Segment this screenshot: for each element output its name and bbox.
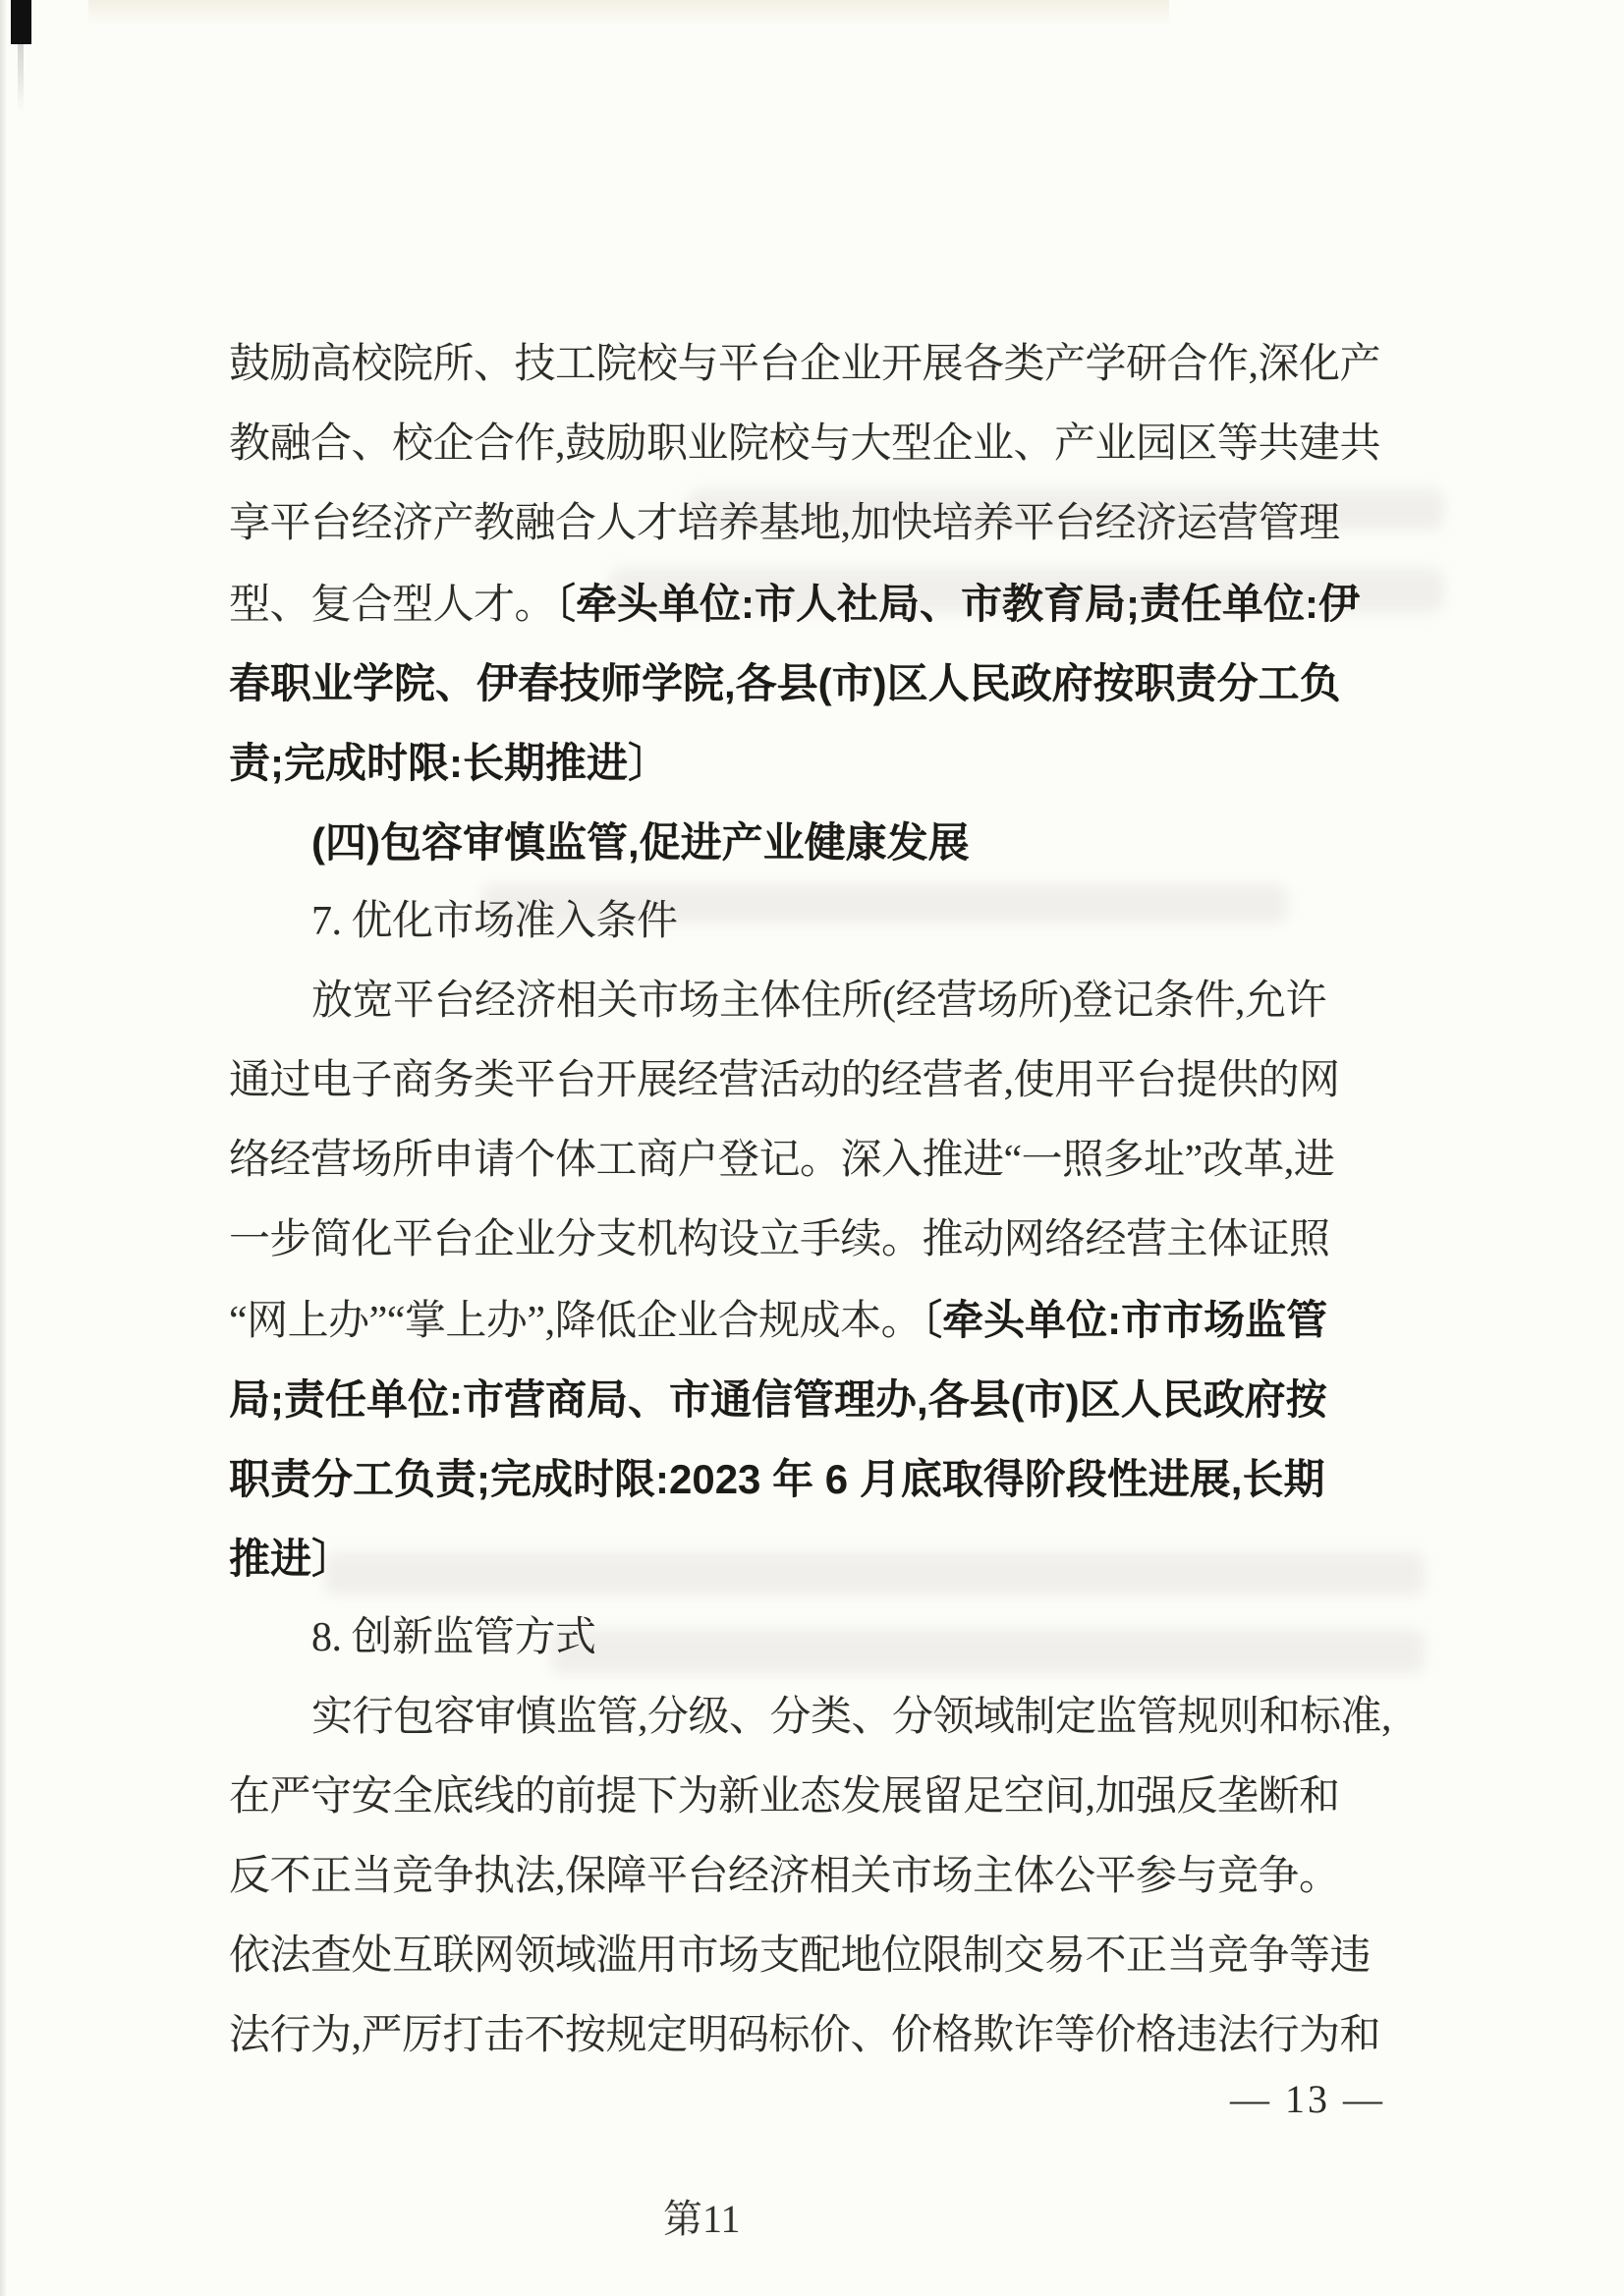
text-run: 实行包容审慎监管,分级、分类、分领域制定监管规则和标准,	[311, 1695, 1391, 1740]
text-run: 通过电子商务类平台开展经营活动的经营者,使用平台提供的网	[229, 1058, 1340, 1103]
text-line: 局;责任单位:市营商局、市通信管理办,各县(市)区人民政府按	[229, 1360, 1418, 1439]
text-run: 络经营场所申请个体工商户登记。深入推进“一照多址”改革,进	[229, 1138, 1334, 1183]
text-run: 教融合、校企合作,鼓励职业院校与大型企业、产业园区等共建共	[229, 421, 1380, 467]
text-run: “网上办”“掌上办”,降低企业合规成本。	[229, 1299, 922, 1344]
text-line: 责;完成时限:长期推进〕	[229, 723, 1418, 803]
text-line: 在严守安全底线的前提下为新业态发展留足空间,加强反垄断和	[229, 1758, 1418, 1837]
left-edge-shadow	[0, 0, 7, 2296]
text-line: 教融合、校企合作,鼓励职业院校与大型企业、产业园区等共建共	[229, 405, 1418, 484]
text-line: 通过电子商务类平台开展经营活动的经营者,使用平台提供的网	[229, 1041, 1418, 1121]
page-sheet-label: 第11	[663, 2197, 741, 2242]
scan-corner-mark	[11, 0, 31, 44]
text-run: 放宽平台经济相关市场主体住所(经营场所)登记条件,允许	[311, 979, 1326, 1024]
text-line: 8. 创新监管方式	[229, 1598, 1418, 1678]
bold-run: 局;责任单位:市营商局、市通信管理办,各县(市)区人民政府按	[229, 1376, 1327, 1423]
text-run: 鼓励高校院所、技工院校与平台企业开展各类产学研合作,深化产	[229, 342, 1380, 387]
text-line: 享平台经济产教融合人才培养基地,加快培养平台经济运营管理	[229, 484, 1418, 564]
text-line: 职责分工负责;完成时限:2023 年 6 月底取得阶段性进展,长期	[229, 1439, 1418, 1519]
text-line: 春职业学院、伊春技师学院,各县(市)区人民政府按职责分工负	[229, 644, 1418, 723]
text-line: 一步简化平台企业分支机构设立手续。推动网络经营主体证照	[229, 1201, 1418, 1280]
text-line: 放宽平台经济相关市场主体住所(经营场所)登记条件,允许	[229, 962, 1418, 1041]
bold-run: (四)包容审慎监管,促进产业健康发展	[311, 819, 970, 866]
text-line: 7. 优化市场准入条件	[229, 882, 1418, 962]
text-run: 一步简化平台企业分支机构设立手续。推动网络经营主体证照	[229, 1217, 1330, 1262]
bold-run: 春职业学院、伊春技师学院,各县(市)区人民政府按职责分工负	[229, 660, 1341, 706]
page-number-label: — 13 —	[1230, 2075, 1385, 2124]
bold-run: 职责分工负责;完成时限:2023 年 6 月底取得阶段性进展,长期	[229, 1456, 1324, 1502]
text-line: 依法查处互联网领域滥用市场支配地位限制交易不正当竞争等违	[229, 1917, 1418, 1996]
text-run: 法行为,严厉打击不按规定明码标价、价格欺诈等价格违法行为和	[229, 2013, 1380, 2058]
text-line: (四)包容审慎监管,促进产业健康发展	[229, 803, 1418, 882]
text-line: 型、复合型人才。〔牵头单位:市人社局、市教育局;责任单位:伊	[229, 564, 1418, 644]
bold-run: 〔牵头单位:市市场监管	[922, 1297, 1327, 1343]
text-line: 反不正当竞争执法,保障平台经济相关市场主体公平参与竞争。	[229, 1837, 1418, 1917]
text-line: 法行为,严厉打击不按规定明码标价、价格欺诈等价格违法行为和	[229, 1996, 1418, 2076]
bold-run: 责;完成时限:长期推进〕	[229, 740, 669, 786]
text-run: 型、复合型人才。	[229, 583, 555, 628]
text-run: 反不正当竞争执法,保障平台经济相关市场主体公平参与竞争。	[229, 1854, 1340, 1899]
scan-edge-tint	[88, 0, 1169, 26]
text-line: 推进〕	[229, 1519, 1418, 1598]
document-body: 鼓励高校院所、技工院校与平台企业开展各类产学研合作,深化产教融合、校企合作,鼓励…	[229, 325, 1418, 2076]
text-run: 7. 优化市场准入条件	[311, 899, 678, 944]
text-run: 在严守安全底线的前提下为新业态发展留足空间,加强反垄断和	[229, 1774, 1340, 1820]
text-run: 依法查处互联网领域滥用市场支配地位限制交易不正当竞争等违	[229, 1933, 1371, 1979]
text-run: 享平台经济产教融合人才培养基地,加快培养平台经济运营管理	[229, 501, 1340, 546]
text-line: 鼓励高校院所、技工院校与平台企业开展各类产学研合作,深化产	[229, 325, 1418, 405]
text-run: 8. 创新监管方式	[311, 1615, 596, 1660]
bold-run: 〔牵头单位:市人社局、市教育局;责任单位:伊	[555, 581, 1360, 627]
scanned-document-page: 鼓励高校院所、技工院校与平台企业开展各类产学研合作,深化产教融合、校企合作,鼓励…	[0, 0, 1624, 2296]
text-line: “网上办”“掌上办”,降低企业合规成本。〔牵头单位:市市场监管	[229, 1280, 1418, 1360]
text-line: 实行包容审慎监管,分级、分类、分领域制定监管规则和标准,	[229, 1678, 1418, 1758]
bold-run: 推进〕	[229, 1536, 353, 1582]
text-line: 络经营场所申请个体工商户登记。深入推进“一照多址”改革,进	[229, 1121, 1418, 1201]
